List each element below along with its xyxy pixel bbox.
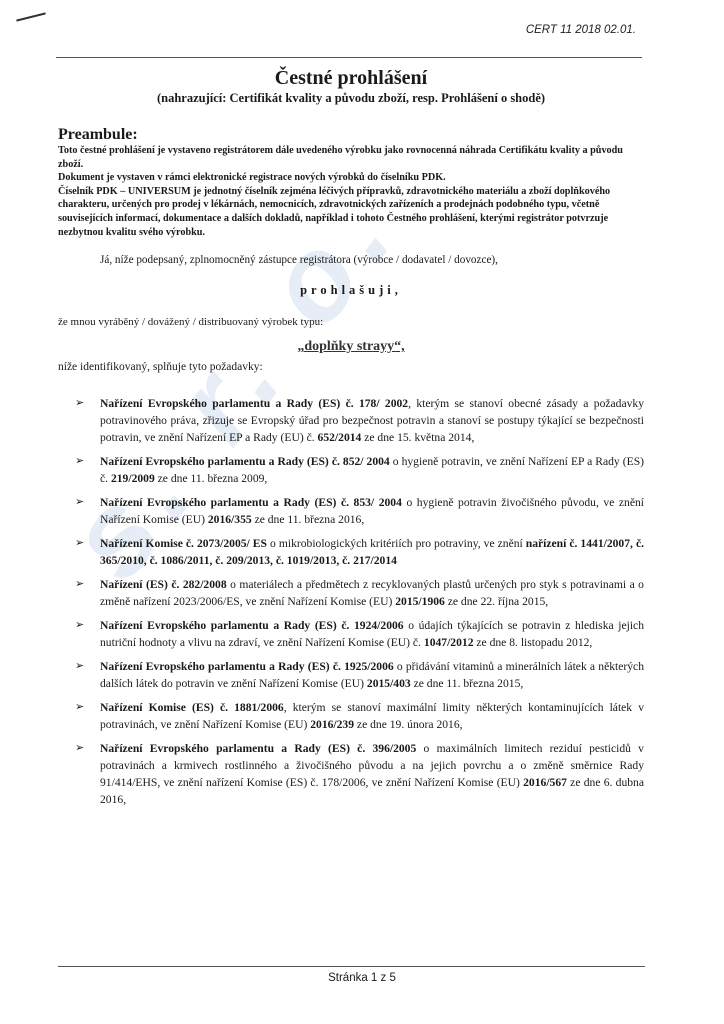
regulation-date: ze dne 11. března 2016, <box>252 513 365 526</box>
regulation-item: ➢Nařízení Evropského parlamentu a Rady (… <box>58 395 644 446</box>
regulation-title: Nařízení Evropského parlamentu a Rady (E… <box>100 660 394 673</box>
document-code: CERT 11 2018 02.01. <box>526 24 636 36</box>
pen-mark <box>16 12 46 21</box>
arrow-bullet-icon: ➢ <box>75 395 84 412</box>
regulation-title: Nařízení Evropského parlamentu a Rady (E… <box>100 397 408 410</box>
regulation-date: ze dne 22. října 2015, <box>445 595 548 608</box>
product-type: „doplňky strayy“, <box>58 339 644 355</box>
regulation-item: ➢Nařízení Evropského parlamentu a Rady (… <box>58 453 644 487</box>
regulation-title: Nařízení (ES) č. 282/2008 <box>100 578 227 591</box>
regulation-item: ➢Nařízení Evropského parlamentu a Rady (… <box>58 740 644 808</box>
preamble-heading: Preambule: <box>58 126 644 144</box>
preamble-paragraph: Číselník PDK – UNIVERSUM je jednotný čís… <box>58 185 644 239</box>
arrow-bullet-icon: ➢ <box>75 699 84 716</box>
regulations-list: ➢Nařízení Evropského parlamentu a Rady (… <box>58 395 644 808</box>
regulation-amendment: 2016/355 <box>208 513 252 526</box>
arrow-bullet-icon: ➢ <box>75 658 84 675</box>
product-intro: že mnou vyráběný / dovážený / distribuov… <box>58 316 644 328</box>
regulation-item: ➢Nařízení Evropského parlamentu a Rady (… <box>58 494 644 528</box>
arrow-bullet-icon: ➢ <box>75 617 84 634</box>
regulation-date: ze dne 11. března 2009, <box>155 472 268 485</box>
regulation-date: ze dne 8. listopadu 2012, <box>474 636 593 649</box>
regulation-item: ➢Nařízení Evropského parlamentu a Rady (… <box>58 658 644 692</box>
regulation-item: ➢Nařízení Komise č. 2073/2005/ ES o mikr… <box>58 535 644 569</box>
regulation-date: ze dne 11. března 2015, <box>411 677 524 690</box>
document-subtitle: (nahrazující: Certifikát kvality a původ… <box>58 90 644 106</box>
regulation-amendment: 2016/567 <box>523 776 567 789</box>
arrow-bullet-icon: ➢ <box>75 576 84 593</box>
regulation-item: ➢Nařízení (ES) č. 282/2008 o materiálech… <box>58 576 644 610</box>
regulation-item: ➢Nařízení Evropského parlamentu a Rady (… <box>58 617 644 651</box>
regulation-title: Nařízení Evropského parlamentu a Rady (E… <box>100 455 390 468</box>
regulation-text: o mikrobiologických kritériích pro potra… <box>267 537 526 550</box>
page-number: Stránka 1 z 5 <box>0 972 724 984</box>
requirements-intro: níže identifikovaný, splňuje tyto požada… <box>58 361 644 373</box>
regulation-amendment: 1047/2012 <box>424 636 474 649</box>
declare-word: prohlašuji, <box>58 283 644 298</box>
regulation-title: Nařízení Evropského parlamentu a Rady (E… <box>100 619 404 632</box>
footer-divider <box>58 966 645 967</box>
document-body: Čestné prohlášení (nahrazující: Certifik… <box>58 62 644 815</box>
arrow-bullet-icon: ➢ <box>75 740 84 757</box>
regulation-amendment: 2015/403 <box>367 677 411 690</box>
regulation-amendment: 2015/1906 <box>395 595 445 608</box>
document-title: Čestné prohlášení <box>58 66 644 90</box>
regulation-item: ➢Nařízení Komise (ES) č. 1881/2006, kter… <box>58 699 644 733</box>
regulation-amendment: 652/2014 <box>318 431 362 444</box>
declaration-text: Já, níže podepsaný, zplnomocněný zástupc… <box>58 253 644 267</box>
arrow-bullet-icon: ➢ <box>75 453 84 470</box>
arrow-bullet-icon: ➢ <box>75 535 84 552</box>
preamble-paragraph: Dokument je vystaven v rámci elektronick… <box>58 171 644 185</box>
regulation-date: ze dne 15. května 2014, <box>361 431 474 444</box>
regulation-title: Nařízení Komise č. 2073/2005/ ES <box>100 537 267 550</box>
regulation-amendment: 219/2009 <box>111 472 155 485</box>
regulation-amendment: 2016/239 <box>310 718 354 731</box>
regulation-title: Nařízení Komise (ES) č. 1881/2006 <box>100 701 284 714</box>
preamble-section: Preambule: Toto čestné prohlášení je vys… <box>58 126 644 239</box>
preamble-paragraph: Toto čestné prohlášení je vystaveno regi… <box>58 144 644 171</box>
header-divider <box>56 57 642 58</box>
arrow-bullet-icon: ➢ <box>75 494 84 511</box>
regulation-title: Nařízení Evropského parlamentu a Rady (E… <box>100 742 416 755</box>
regulation-title: Nařízení Evropského parlamentu a Rady (E… <box>100 496 402 509</box>
regulation-date: ze dne 19. února 2016, <box>354 718 463 731</box>
